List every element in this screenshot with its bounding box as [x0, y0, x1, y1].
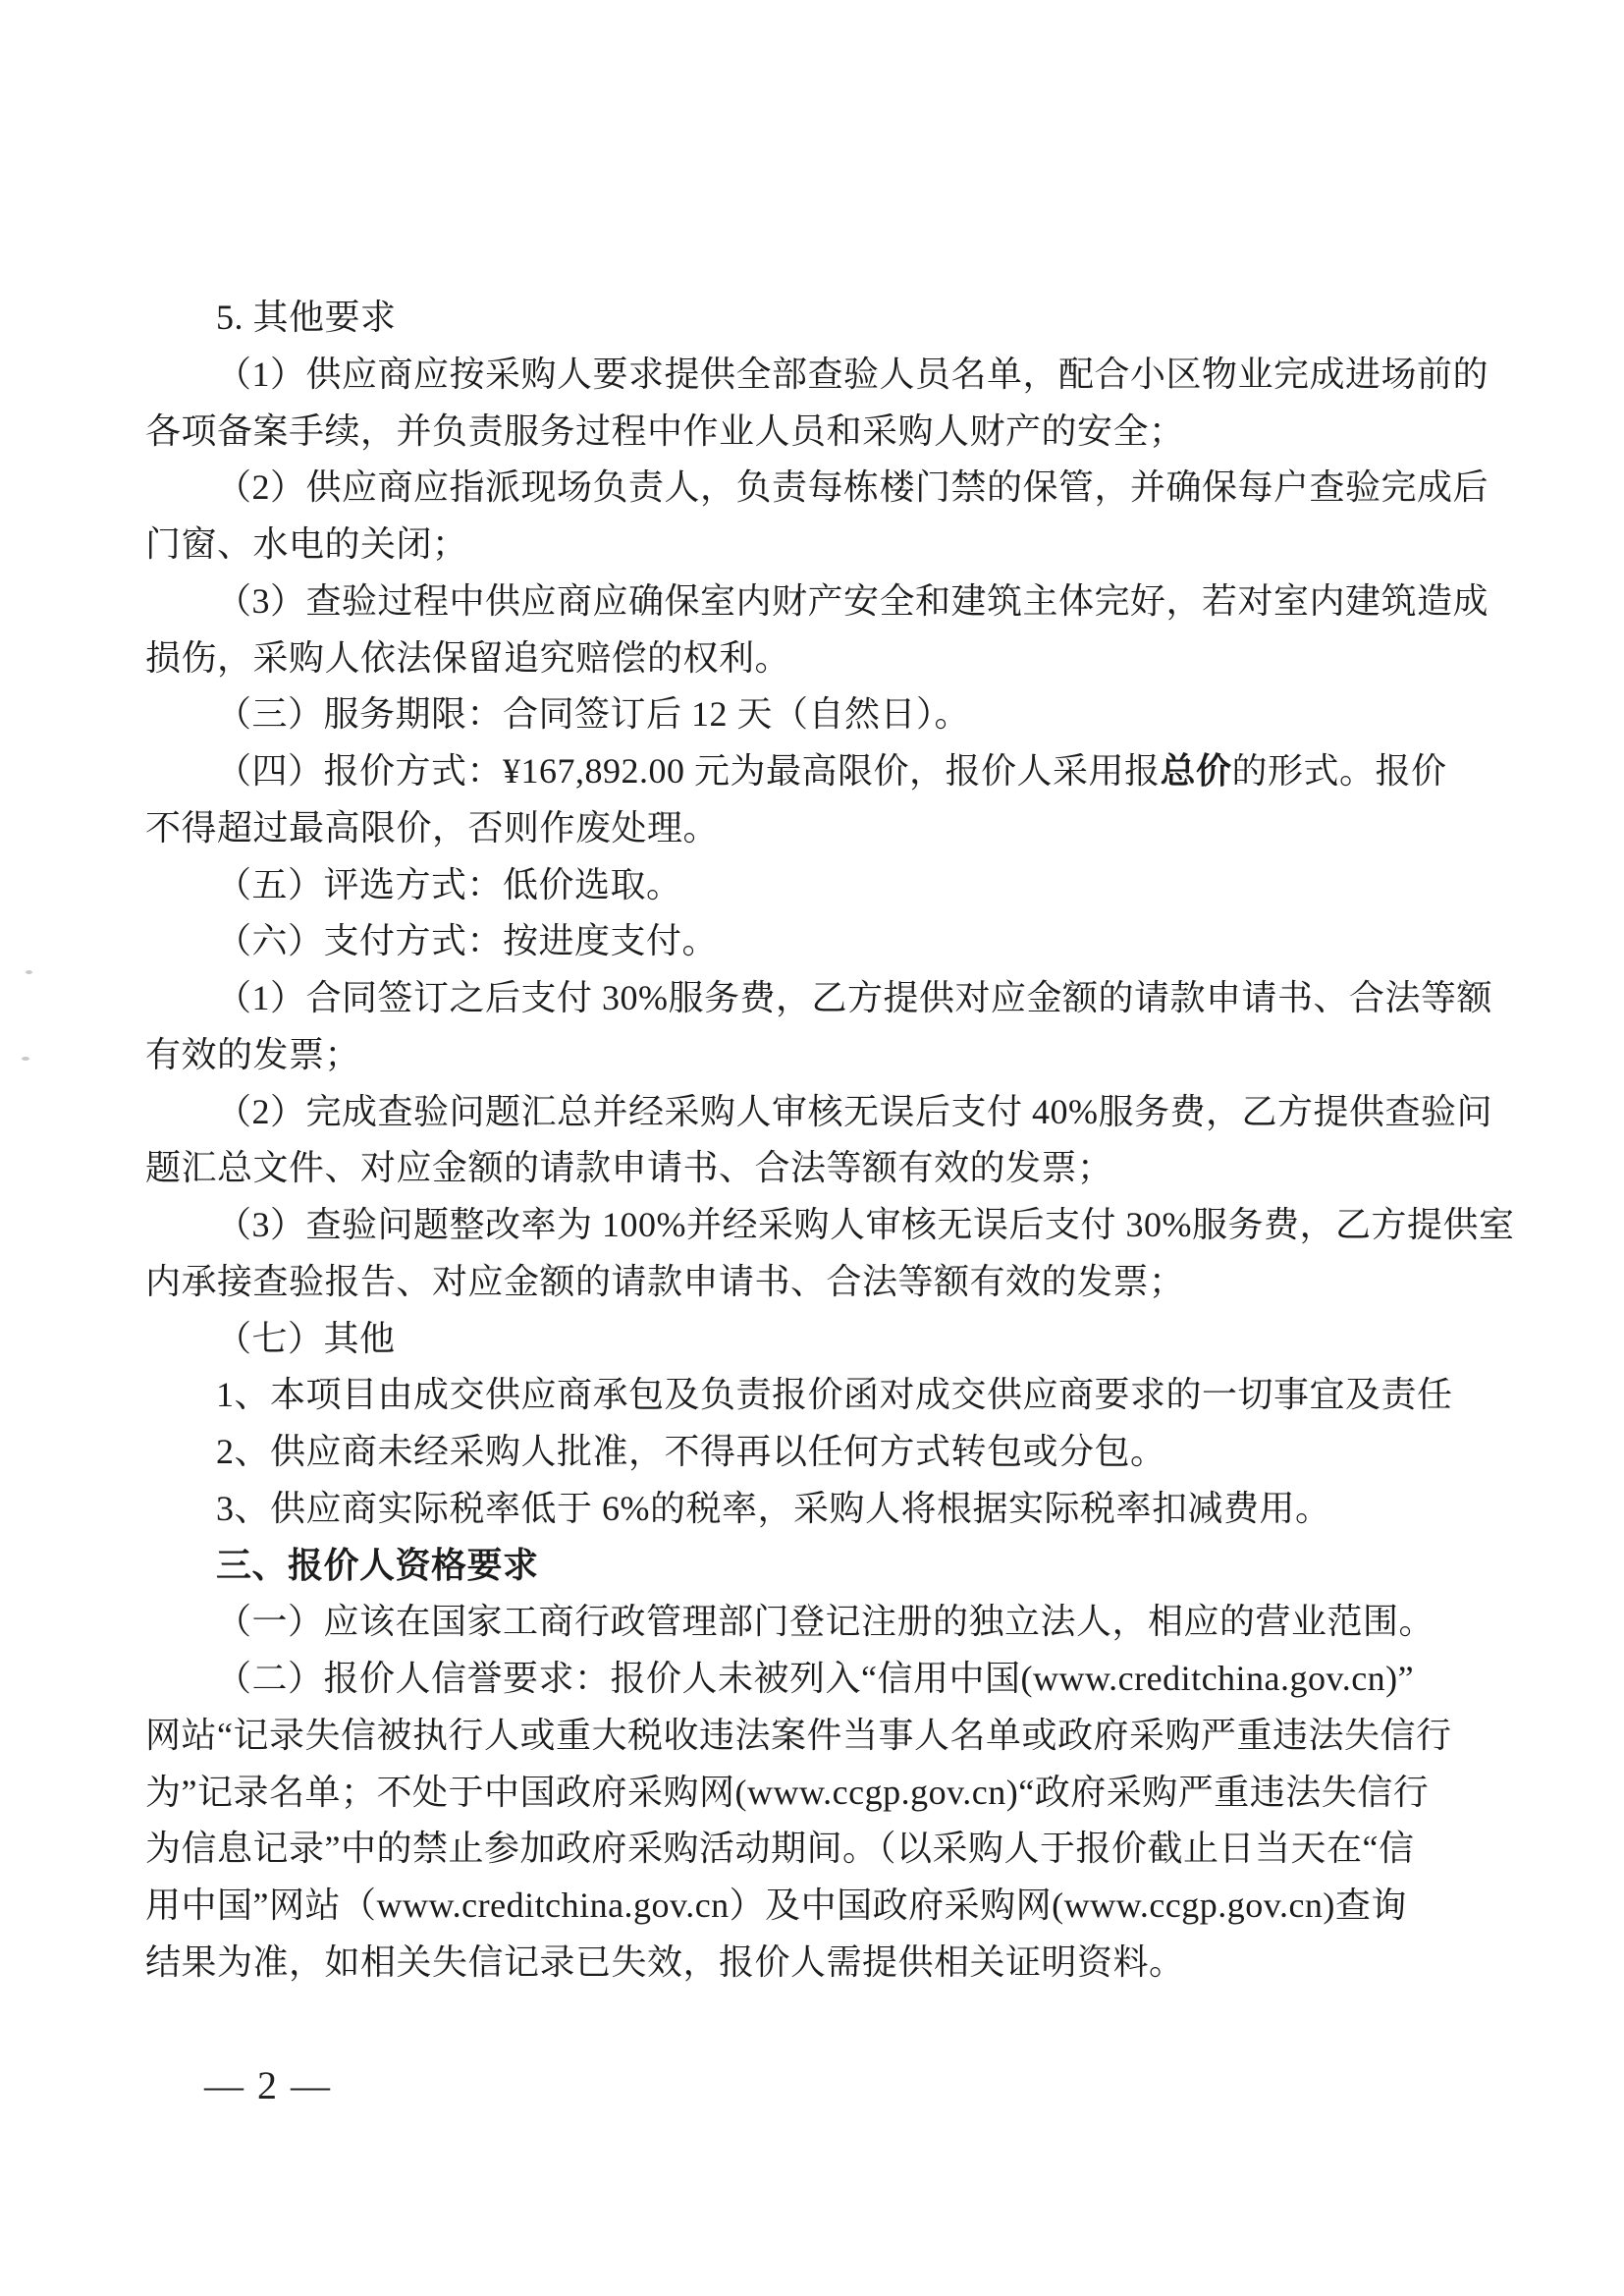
- doc-text: 5. 其他要求: [216, 298, 397, 337]
- doc-line: 各项备案手续，并负责服务过程中作业人员和采购人财产的安全；: [145, 404, 1489, 461]
- doc-line: （2）完成查验问题汇总并经采购人审核无误后支付 40%服务费，乙方提供查验问: [145, 1084, 1489, 1141]
- doc-text: 2、供应商未经采购人批准，不得再以任何方式转包或分包。: [216, 1432, 1166, 1471]
- doc-line: 5. 其他要求: [145, 290, 1489, 347]
- doc-text-bold: 总价: [1161, 751, 1232, 791]
- doc-line: 不得超过最高限价，否则作废处理。: [145, 800, 1489, 857]
- doc-line: （三）服务期限：合同签订后 12 天（自然日）。: [145, 686, 1489, 743]
- doc-text: 有效的发票；: [145, 1035, 360, 1074]
- doc-text: 网站“记录失信被执行人或重大税收违法案件当事人名单或政府采购严重违法失信行: [145, 1716, 1451, 1755]
- doc-text: （1）合同签订之后支付 30%服务费，乙方提供对应金额的请款申请书、合法等额: [216, 978, 1492, 1017]
- doc-text: 为信息记录”中的禁止参加政府采购活动期间。（以采购人于报价截止日当天在“信: [145, 1829, 1414, 1868]
- doc-text: （五）评选方式：低价选取。: [216, 865, 682, 904]
- doc-line: （七）其他: [145, 1311, 1489, 1368]
- doc-line: （1）供应商应按采购人要求提供全部查验人员名单，配合小区物业完成进场前的: [145, 347, 1489, 404]
- doc-text: （六）支付方式：按进度支付。: [216, 921, 718, 960]
- doc-line: （四）报价方式：¥167,892.00 元为最高限价，报价人采用报总价的形式。报…: [145, 743, 1489, 800]
- doc-text: 结果为准，如相关失信记录已失效，报价人需提供相关证明资料。: [145, 1942, 1185, 1982]
- doc-text: 内承接查验报告、对应金额的请款申请书、合法等额有效的发票；: [145, 1262, 1185, 1301]
- doc-text: 不得超过最高限价，否则作废处理。: [145, 808, 719, 847]
- doc-text: 的形式。报价: [1232, 751, 1447, 791]
- doc-line: 网站“记录失信被执行人或重大税收违法案件当事人名单或政府采购严重违法失信行: [145, 1708, 1489, 1765]
- doc-text: 门窗、水电的关闭；: [145, 524, 468, 564]
- doc-line: （3）查验问题整改率为 100%并经采购人审核无误后支付 30%服务费，乙方提供…: [145, 1197, 1489, 1254]
- doc-text: （2）完成查验问题汇总并经采购人审核无误后支付 40%服务费，乙方提供查验问: [216, 1092, 1492, 1131]
- doc-line: 内承接查验报告、对应金额的请款申请书、合法等额有效的发票；: [145, 1254, 1489, 1311]
- document-page: 5. 其他要求（1）供应商应按采购人要求提供全部查验人员名单，配合小区物业完成进…: [0, 0, 1624, 2296]
- doc-text: 题汇总文件、对应金额的请款申请书、合法等额有效的发票；: [145, 1148, 1113, 1187]
- doc-line: 为信息记录”中的禁止参加政府采购活动期间。（以采购人于报价截止日当天在“信: [145, 1821, 1489, 1878]
- doc-text: （2）供应商应指派现场负责人，负责每栋楼门禁的保管，并确保每户查验完成后: [216, 467, 1489, 507]
- doc-line: （六）支付方式：按进度支付。: [145, 913, 1489, 970]
- doc-line: （五）评选方式：低价选取。: [145, 857, 1489, 914]
- doc-text-bold: 三、报价人资格要求: [216, 1546, 539, 1585]
- doc-line: 1、本项目由成交供应商承包及负责报价函对成交供应商要求的一切事宜及责任: [145, 1367, 1489, 1424]
- doc-text: 损伤，采购人依法保留追究赔偿的权利。: [145, 638, 790, 678]
- doc-line: 用中国”网站（www.creditchina.gov.cn）及中国政府采购网(w…: [145, 1878, 1489, 1935]
- doc-line: （2）供应商应指派现场负责人，负责每栋楼门禁的保管，并确保每户查验完成后: [145, 460, 1489, 517]
- doc-line: 有效的发票；: [145, 1027, 1489, 1084]
- page-number: — 2 —: [204, 2062, 332, 2108]
- doc-line: 题汇总文件、对应金额的请款申请书、合法等额有效的发票；: [145, 1140, 1489, 1197]
- doc-line: 3、供应商实际税率低于 6%的税率，采购人将根据实际税率扣减费用。: [145, 1481, 1489, 1538]
- doc-line: 门窗、水电的关闭；: [145, 517, 1489, 574]
- doc-line: （1）合同签订之后支付 30%服务费，乙方提供对应金额的请款申请书、合法等额: [145, 970, 1489, 1027]
- doc-line: （3）查验过程中供应商应确保室内财产安全和建筑主体完好，若对室内建筑造成: [145, 574, 1489, 630]
- scan-artifact: [26, 970, 32, 974]
- doc-text: 1、本项目由成交供应商承包及负责报价函对成交供应商要求的一切事宜及责任: [216, 1375, 1453, 1414]
- doc-text: （1）供应商应按采购人要求提供全部查验人员名单，配合小区物业完成进场前的: [216, 355, 1489, 394]
- scan-artifact: [22, 1057, 29, 1061]
- doc-text: （二）报价人信誉要求：报价人未被列入“信用中国(www.creditchina.…: [216, 1659, 1414, 1698]
- doc-text: （3）查验过程中供应商应确保室内财产安全和建筑主体完好，若对室内建筑造成: [216, 581, 1489, 621]
- doc-line: 损伤，采购人依法保留追究赔偿的权利。: [145, 630, 1489, 687]
- doc-line: 为”记录名单；不处于中国政府采购网(www.ccgp.gov.cn)“政府采购严…: [145, 1765, 1489, 1822]
- doc-text: （一）应该在国家工商行政管理部门登记注册的独立法人，相应的营业范围。: [216, 1602, 1435, 1641]
- document-body: 5. 其他要求（1）供应商应按采购人要求提供全部查验人员名单，配合小区物业完成进…: [145, 290, 1489, 1992]
- doc-text: （三）服务期限：合同签订后 12 天（自然日）。: [216, 694, 970, 734]
- doc-line: 2、供应商未经采购人批准，不得再以任何方式转包或分包。: [145, 1424, 1489, 1481]
- doc-text: 3、供应商实际税率低于 6%的税率，采购人将根据实际税率扣减费用。: [216, 1489, 1331, 1528]
- page-number-text: — 2 —: [204, 2063, 332, 2107]
- doc-text: 用中国”网站（www.creditchina.gov.cn）及中国政府采购网(w…: [145, 1886, 1407, 1925]
- doc-line: （二）报价人信誉要求：报价人未被列入“信用中国(www.creditchina.…: [145, 1651, 1489, 1708]
- doc-text: （七）其他: [216, 1319, 396, 1358]
- doc-text: 各项备案手续，并负责服务过程中作业人员和采购人财产的安全；: [145, 411, 1185, 451]
- doc-line: 结果为准，如相关失信记录已失效，报价人需提供相关证明资料。: [145, 1935, 1489, 1992]
- doc-line: （一）应该在国家工商行政管理部门登记注册的独立法人，相应的营业范围。: [145, 1594, 1489, 1651]
- doc-text: （3）查验问题整改率为 100%并经采购人审核无误后支付 30%服务费，乙方提供…: [216, 1205, 1514, 1244]
- doc-text: （四）报价方式：¥167,892.00 元为最高限价，报价人采用报: [216, 751, 1161, 791]
- doc-text: 为”记录名单；不处于中国政府采购网(www.ccgp.gov.cn)“政府采购严…: [145, 1773, 1429, 1812]
- doc-line: 三、报价人资格要求: [145, 1538, 1489, 1595]
